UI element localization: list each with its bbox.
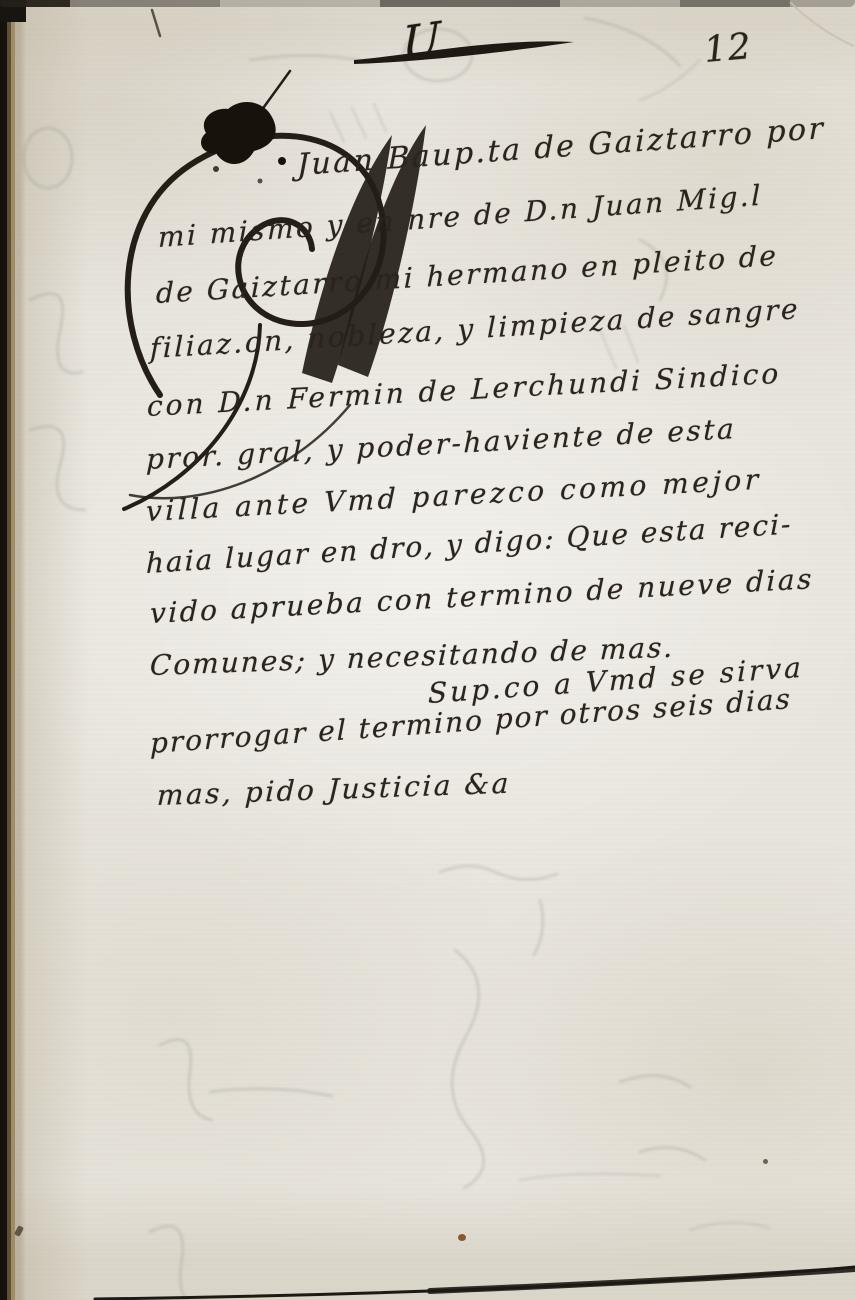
manuscript-line: pror. gral, y poder-haviente de esta xyxy=(146,412,737,476)
manuscript-line: con D.n Fermin de Lerchundi Sindico xyxy=(147,357,782,423)
manuscript-body: Juan Baup.ta de Gaiztarro por mi mismo y… xyxy=(0,0,855,1300)
brown-stain-speck xyxy=(458,1234,466,1241)
manuscript-line: Juan Baup.ta de Gaiztarro por xyxy=(297,111,825,183)
manuscript-line: mas, pido Justicia &a xyxy=(156,767,511,812)
manuscript-scan: U 12 Juan Baup.ta de Gaiztarro por mi mi… xyxy=(0,0,855,1300)
manuscript-line: mi mismo y en nre de D.n Juan Mig.l xyxy=(158,179,763,254)
ink-speck xyxy=(763,1159,768,1164)
